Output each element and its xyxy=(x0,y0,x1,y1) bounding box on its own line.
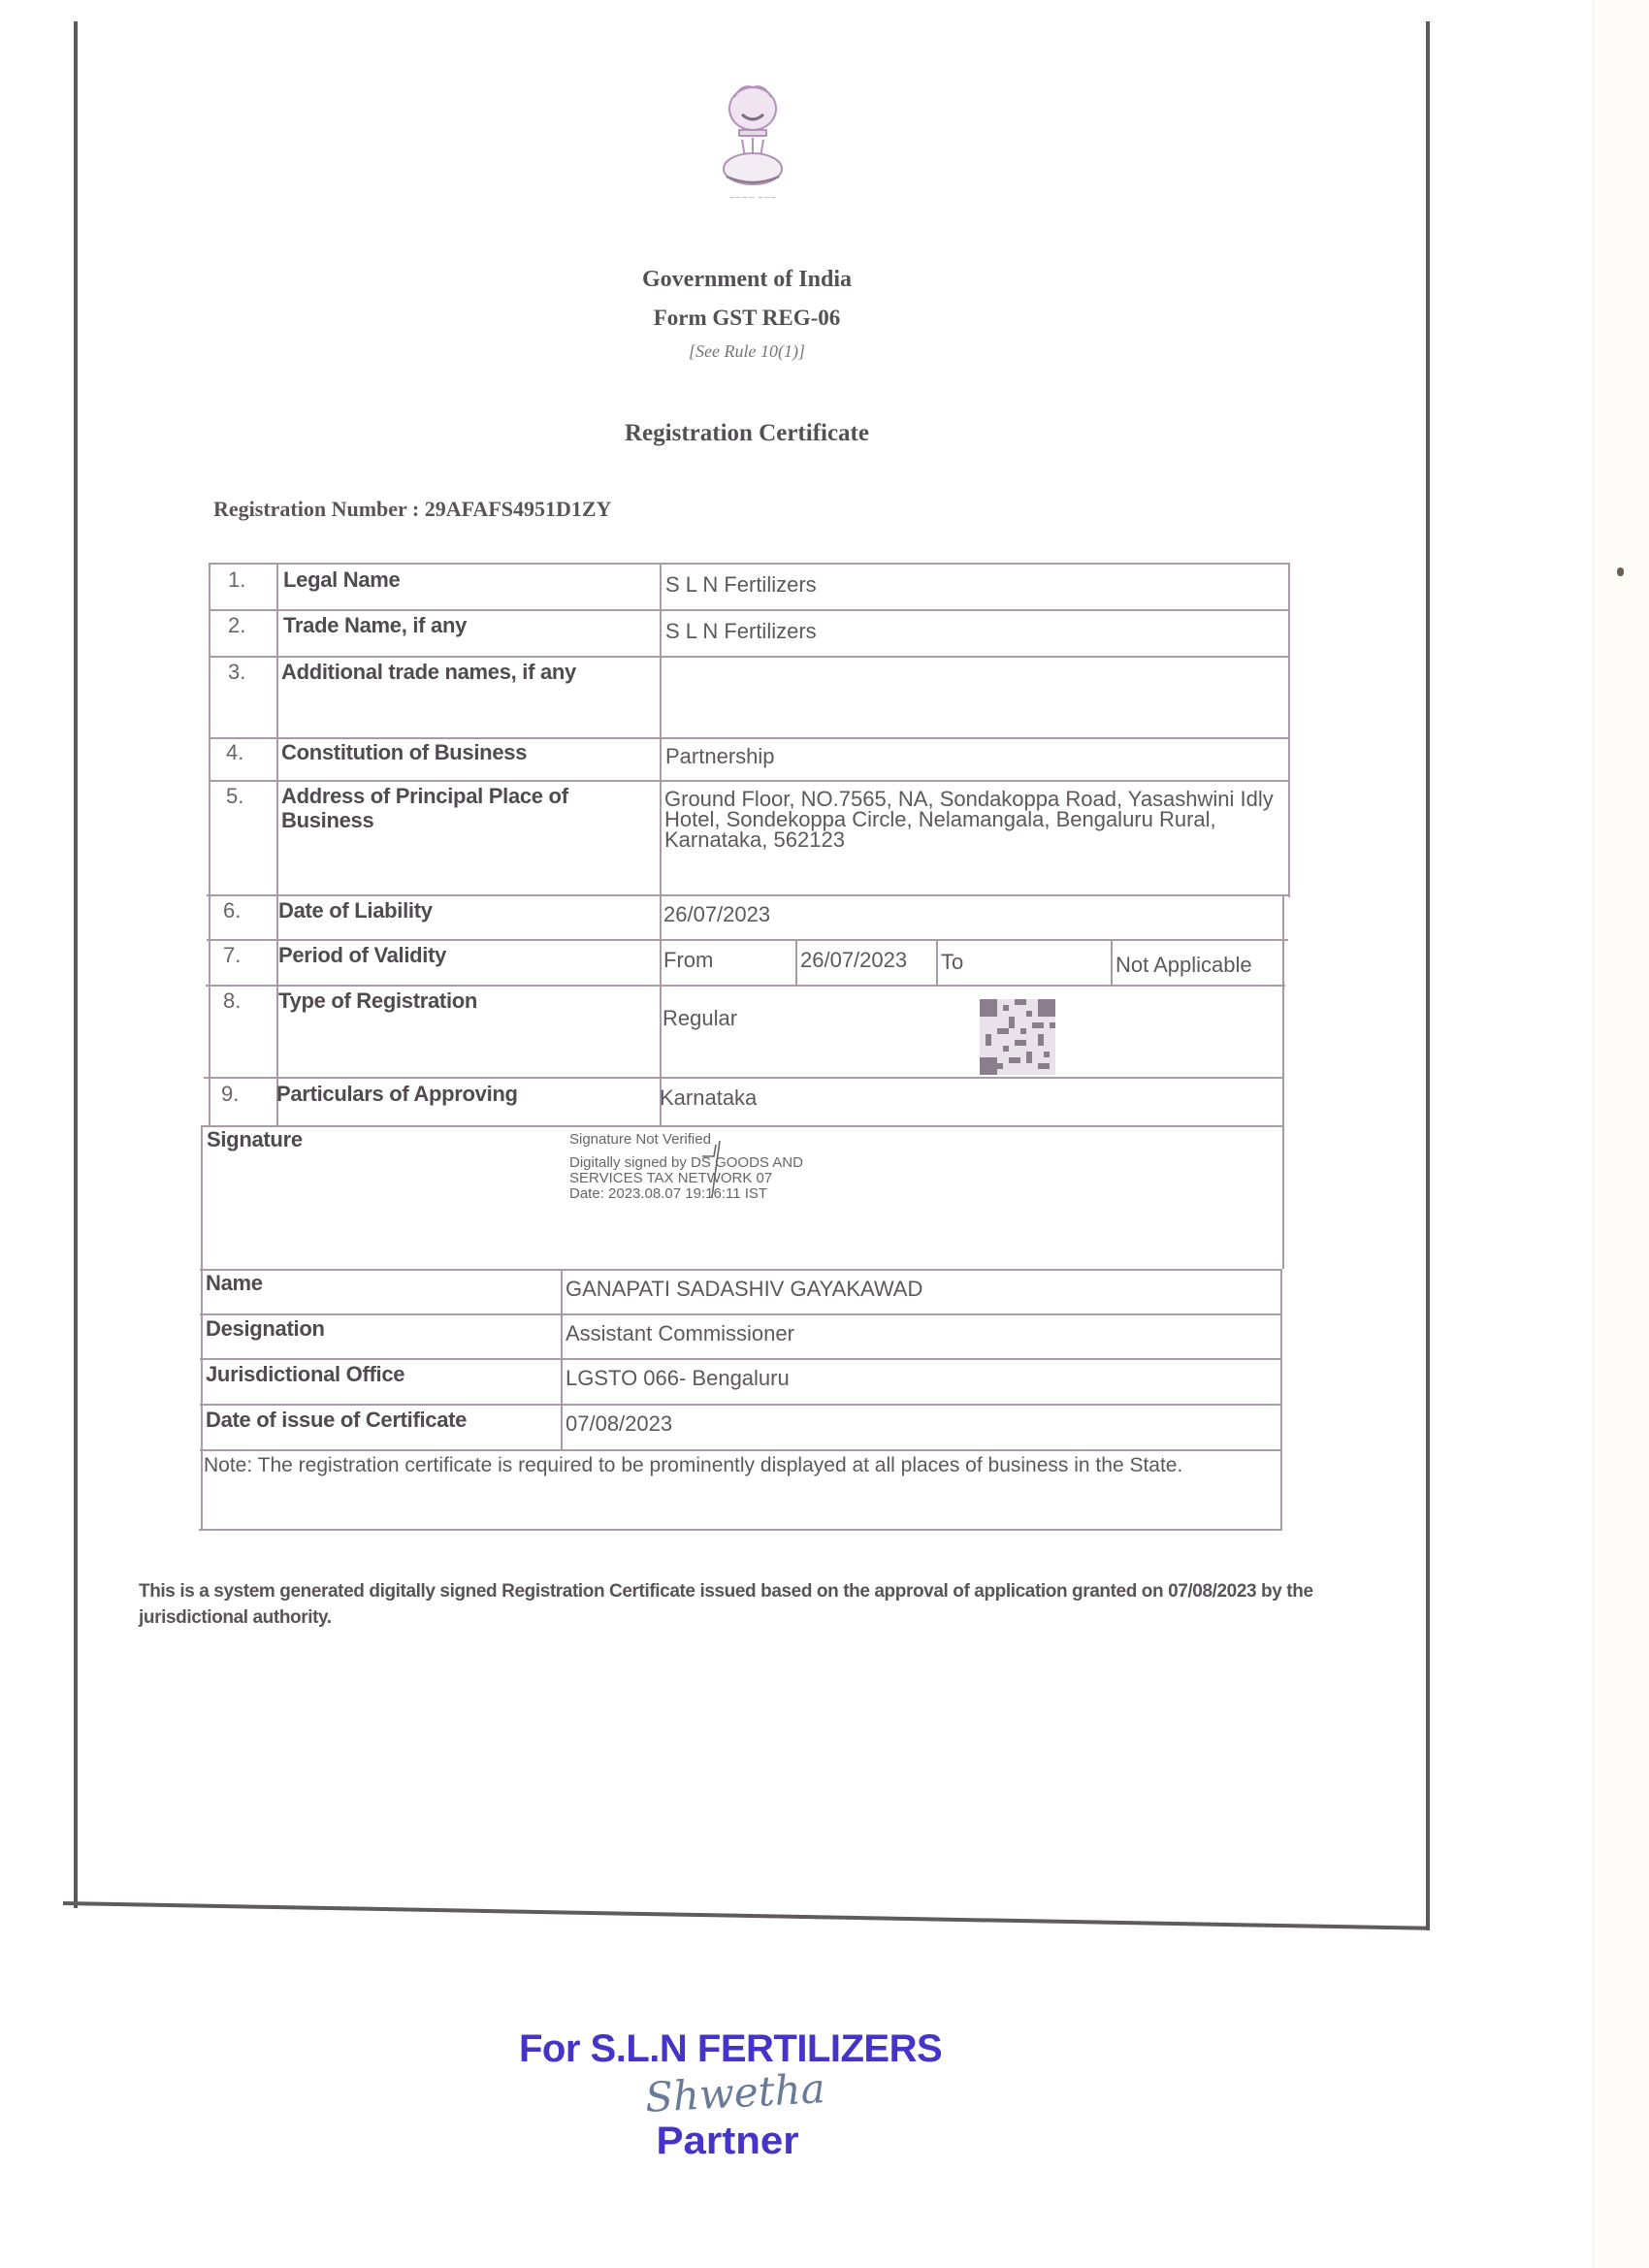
particulars-of-approving-label: Particulars of Approving xyxy=(276,1082,518,1106)
table-rule xyxy=(207,939,1288,941)
date-of-liability-value: 26/07/2023 xyxy=(663,902,770,926)
table-rule xyxy=(795,939,797,985)
period-of-validity-label: Period of Validity xyxy=(278,943,446,967)
table-rule xyxy=(200,1404,1281,1406)
table-rule xyxy=(1282,894,1284,1269)
constitution-value: Partnership xyxy=(665,744,775,768)
jurisdictional-office-value: LGSTO 066- Bengaluru xyxy=(566,1366,790,1390)
designation-label: Designation xyxy=(206,1316,325,1341)
certificate-title: Registration Certificate xyxy=(0,420,1494,447)
validity-to-value: Not Applicable xyxy=(1115,953,1252,977)
validity-from-date: 26/07/2023 xyxy=(800,948,907,972)
signed-by-line2: SERVICES TAX NETWORK 07 xyxy=(569,1170,772,1186)
table-rule xyxy=(209,609,1290,611)
table-rule xyxy=(660,563,662,1125)
signed-by-line1: Digitally signed by DS GOODS AND xyxy=(569,1154,803,1171)
table-rule xyxy=(200,1313,1281,1315)
row-number: 9. xyxy=(221,1082,239,1106)
national-emblem-icon: ~~~~ ~~~ xyxy=(713,80,792,206)
validity-to-label: To xyxy=(941,950,963,974)
government-heading: Government of India xyxy=(0,267,1494,293)
registration-number-label: Registration Number : xyxy=(213,497,419,521)
date-of-issue-value: 07/08/2023 xyxy=(566,1411,672,1436)
table-rule xyxy=(200,1269,1281,1271)
date-of-issue-label: Date of issue of Certificate xyxy=(206,1408,467,1432)
table-rule xyxy=(201,1125,203,1531)
table-rule xyxy=(204,1077,1283,1079)
scan-edge xyxy=(1593,0,1649,2268)
constitution-label: Constitution of Business xyxy=(281,740,527,764)
table-rule xyxy=(1280,1269,1282,1531)
row-number: 4. xyxy=(226,740,243,764)
system-generated-statement: This is a system generated digitally sig… xyxy=(139,1578,1322,1631)
type-of-registration-label: Type of Registration xyxy=(278,988,477,1013)
table-rule xyxy=(202,1125,1283,1127)
qr-code-icon xyxy=(980,999,1055,1075)
type-of-registration-value: Regular xyxy=(663,1006,737,1030)
table-rule xyxy=(206,985,1285,987)
table-rule xyxy=(561,1269,563,1451)
table-rule xyxy=(200,1358,1281,1360)
company-stamp-name: For S.L.N FERTILIZERS xyxy=(519,2027,942,2071)
officer-name-value: GANAPATI SADASHIV GAYAKAWAD xyxy=(566,1277,922,1301)
table-rule xyxy=(209,737,1290,739)
signature-label: Signature xyxy=(207,1127,303,1151)
registration-number: Registration Number : 29AFAFS4951D1ZY xyxy=(213,497,611,522)
row-number: 8. xyxy=(223,988,241,1013)
table-rule xyxy=(199,1529,1281,1531)
trade-name-value: S L N Fertilizers xyxy=(665,619,817,643)
table-rule xyxy=(209,563,1290,565)
signature-check-mark-icon xyxy=(698,1137,737,1205)
row-number: 7. xyxy=(223,943,241,967)
table-rule xyxy=(1288,563,1290,897)
signature-date: Date: 2023.08.07 19:16:11 IST xyxy=(569,1185,767,1202)
address-value: Ground Floor, NO.7565, NA, Sondakoppa Ro… xyxy=(664,789,1285,850)
rule-reference: [See Rule 10(1)] xyxy=(0,341,1494,362)
table-rule xyxy=(209,656,1290,658)
handwritten-signature: Shwetha xyxy=(644,2064,826,2122)
row-number: 6. xyxy=(223,898,241,923)
scan-speck xyxy=(1617,567,1624,576)
table-rule xyxy=(276,563,278,1125)
signature-status: Signature Not Verified xyxy=(569,1131,711,1148)
jurisdictional-office-label: Jurisdictional Office xyxy=(206,1362,404,1386)
table-rule xyxy=(936,939,938,985)
registration-number-value: 29AFAFS4951D1ZY xyxy=(425,497,612,521)
form-number: Form GST REG-06 xyxy=(0,306,1494,331)
designation-value: Assistant Commissioner xyxy=(566,1321,794,1345)
row-number: 5. xyxy=(226,784,243,808)
date-of-liability-label: Date of Liability xyxy=(278,898,433,923)
trade-name-label: Trade Name, if any xyxy=(283,613,467,637)
page-border-bottom xyxy=(63,1901,1429,1930)
address-label: Address of Principal Place of Business xyxy=(281,784,640,832)
table-rule xyxy=(1111,939,1113,985)
legal-name-label: Legal Name xyxy=(283,567,401,592)
page-border-left xyxy=(74,21,78,1908)
table-rule xyxy=(200,1449,1281,1451)
table-rule xyxy=(207,894,1288,896)
additional-trade-names-label: Additional trade names, if any xyxy=(281,660,576,684)
legal-name-value: S L N Fertilizers xyxy=(665,572,817,597)
row-number: 3. xyxy=(228,660,245,684)
officer-name-label: Name xyxy=(206,1271,263,1295)
row-number: 2. xyxy=(228,613,245,637)
company-stamp-role: Partner xyxy=(656,2120,798,2163)
table-rule xyxy=(209,563,210,1125)
display-note: Note: The registration certificate is re… xyxy=(204,1455,1271,1476)
row-number: 1. xyxy=(228,567,245,592)
validity-from-label: From xyxy=(663,948,713,972)
particulars-of-approving-value: Karnataka xyxy=(660,1085,757,1110)
table-rule xyxy=(209,780,1290,782)
svg-text:~~~~ ~~~: ~~~~ ~~~ xyxy=(728,193,776,202)
